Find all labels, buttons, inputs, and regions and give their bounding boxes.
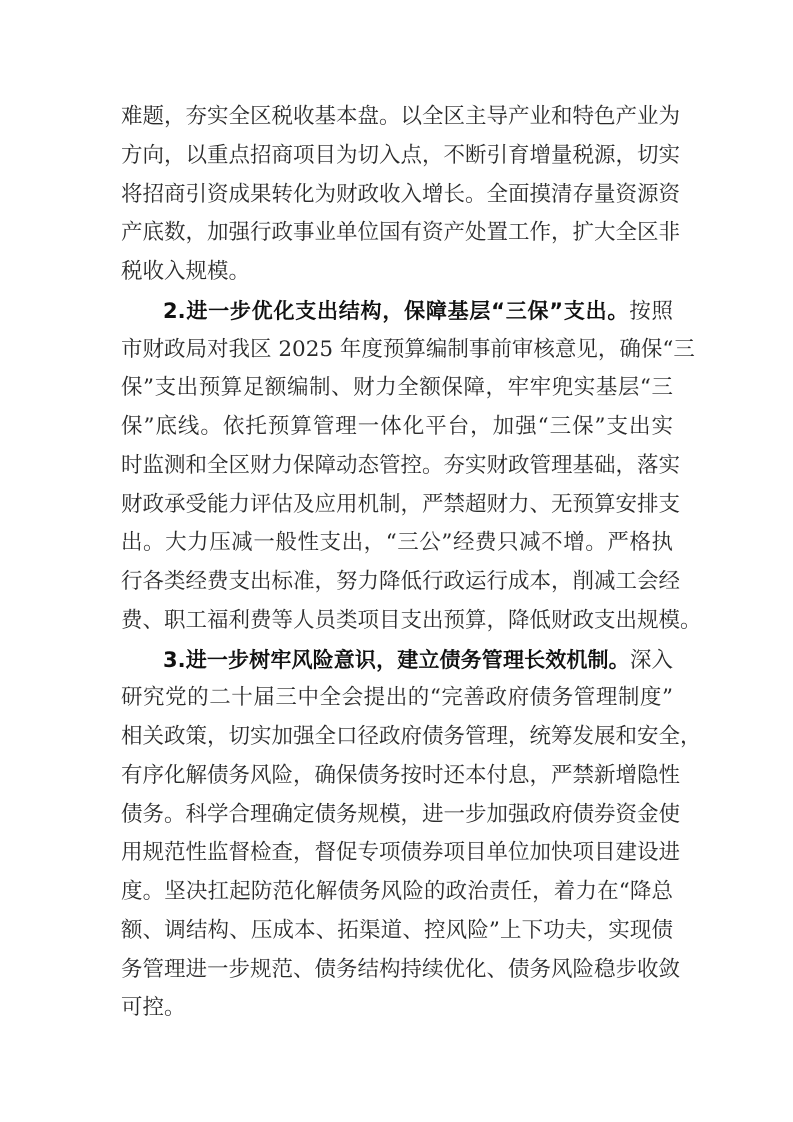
text-line: 务管理进一步规范、债务结构持续优化、债务风险稳步收敛	[121, 951, 673, 990]
text-line: 度。坚决扛起防范化解债务风险的政治责任，着力在“降总	[121, 873, 673, 912]
text-line: 相关政策，切实加强全口径政府债务管理，统筹发展和安全，	[121, 718, 673, 757]
paragraph-revenue-continuation: 难题，夯实全区税收基本盘。以全区主导产业和特色产业为 方向，以重点招商项目为切入…	[121, 98, 673, 292]
text-line: 时监测和全区财力保障动态管控。夯实财政管理基础，落实	[121, 447, 673, 486]
text-line: 额、调结构、压成本、拓渠道、控风险”上下功夫，实现债	[121, 912, 673, 951]
text-line: 市财政局对我区 2025 年度预算编制事前审核意见，确保“三	[121, 331, 673, 370]
text-line: 税收入规模。	[121, 253, 673, 292]
text-line: 难题，夯实全区税收基本盘。以全区主导产业和特色产业为	[121, 98, 673, 137]
paragraph-expenditure: 2.进一步优化支出结构，保障基层“三保”支出。按照 市财政局对我区 2025 年…	[121, 292, 673, 641]
text-line: 出。大力压减一般性支出，“三公”经费只减不增。严格执	[121, 524, 673, 563]
text-line: 保”底线。依托预算管理一体化平台，加强“三保”支出实	[121, 408, 673, 447]
section-heading-2: 2.进一步优化支出结构，保障基层“三保”支出。	[163, 299, 629, 323]
paragraph-debt: 3.进一步树牢风险意识，建立债务管理长效机制。深入 研究党的二十届三中全会提出的…	[121, 641, 673, 1029]
text-run: 深入	[630, 648, 673, 673]
text-line: 可控。	[121, 989, 673, 1028]
text-line: 将招商引资成果转化为财政收入增长。全面摸清存量资源资	[121, 176, 673, 215]
text-line: 用规范性监督检查，督促专项债券项目单位加快项目建设进	[121, 834, 673, 873]
text-line: 保”支出预算足额编制、财力全额保障，牢牢兜实基层“三	[121, 369, 673, 408]
heading-line: 2.进一步优化支出结构，保障基层“三保”支出。按照	[121, 292, 673, 331]
section-heading-3: 3.进一步树牢风险意识，建立债务管理长效机制。	[163, 648, 630, 672]
text-line: 债务。科学合理确定债务规模，进一步加强政府债券资金使	[121, 796, 673, 835]
heading-line: 3.进一步树牢风险意识，建立债务管理长效机制。深入	[121, 641, 673, 680]
body-text: 难题，夯实全区税收基本盘。以全区主导产业和特色产业为 方向，以重点招商项目为切入…	[121, 98, 673, 1028]
text-line: 有序化解债务风险，确保债务按时还本付息，严禁新增隐性	[121, 757, 673, 796]
document-page: 难题，夯实全区税收基本盘。以全区主导产业和特色产业为 方向，以重点招商项目为切入…	[0, 0, 793, 1122]
text-line: 费、职工福利费等人员类项目支出预算，降低财政支出规模。	[121, 602, 673, 641]
text-run: 按照	[629, 299, 673, 324]
text-line: 行各类经费支出标准，努力降低行政运行成本，削减工会经	[121, 563, 673, 602]
text-line: 方向，以重点招商项目为切入点，不断引育增量税源，切实	[121, 137, 673, 176]
text-line: 产底数，加强行政事业单位国有资产处置工作，扩大全区非	[121, 214, 673, 253]
text-line: 财政承受能力评估及应用机制，严禁超财力、无预算安排支	[121, 486, 673, 525]
text-line: 研究党的二十届三中全会提出的“完善政府债务管理制度”	[121, 679, 673, 718]
